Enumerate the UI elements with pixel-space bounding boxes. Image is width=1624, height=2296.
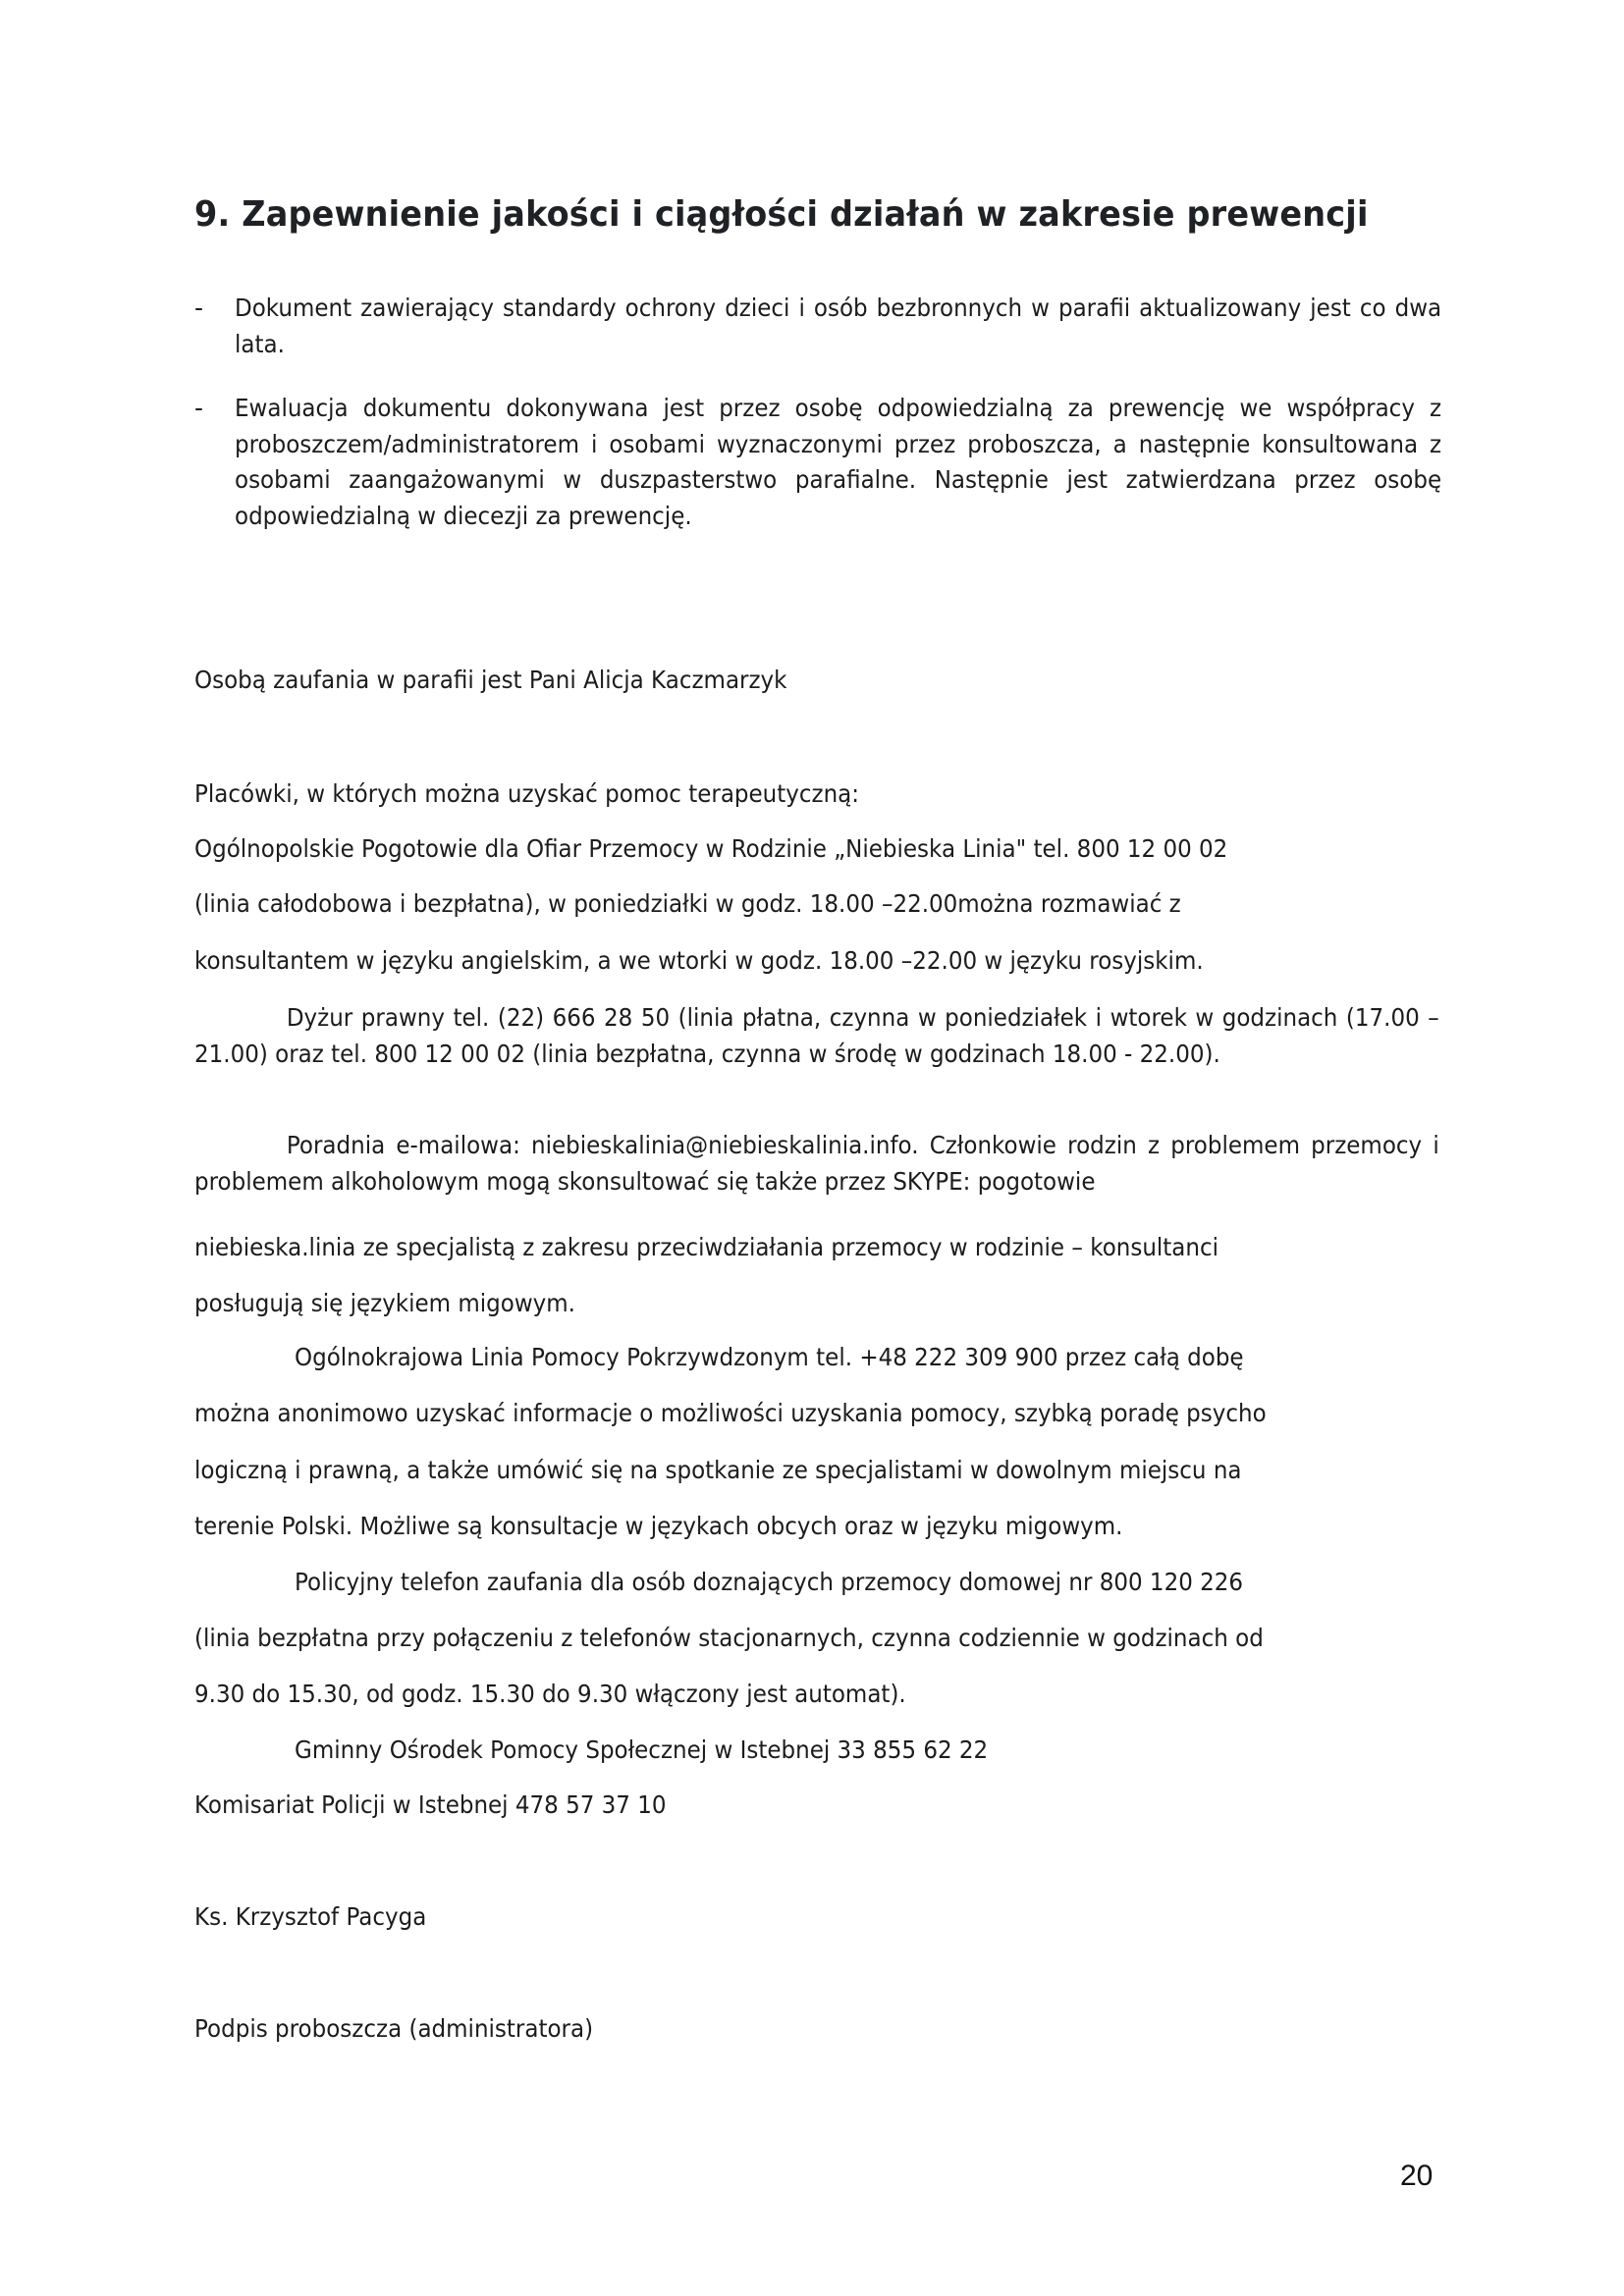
email-counsel-paragraph: Poradnia e-mailowa: niebieskalinia@niebi… — [194, 1127, 1439, 1200]
police-hotline-line-3: 9.30 do 15.30, od godz. 15.30 do 9.30 wł… — [194, 1680, 906, 1708]
email-counsel-line-4: posługują się językiem migowym. — [194, 1289, 575, 1317]
niebieska-linia-line-3: konsultantem w języku angielskim, a we w… — [194, 946, 1204, 975]
police-hotline-line-1: Policyjny telefon zaufania dla osób dozn… — [295, 1568, 1243, 1596]
social-center-contact: Gminny Ośrodek Pomocy Społecznej w Isteb… — [295, 1735, 988, 1764]
victims-line-line-4: terenie Polski. Możliwe są konsultacje w… — [194, 1512, 1122, 1540]
legal-duty-text: Dyżur prawny tel. (22) 666 28 50 (linia … — [194, 999, 1439, 1072]
niebieska-linia-line-2: (linia całodobowa i bezpłatna), w ponied… — [194, 889, 1181, 918]
signature-label: Podpis proboszcza (administratora) — [194, 2014, 593, 2043]
legal-duty-paragraph: Dyżur prawny tel. (22) 666 28 50 (linia … — [194, 999, 1439, 1072]
email-counsel-line-3: niebieska.linia ze specjalistą z zakresu… — [194, 1233, 1218, 1261]
victims-line-line-3: logiczną i prawną, a także umówić się na… — [194, 1456, 1241, 1484]
bullet-text: Ewaluacja dokumentu dokonywana jest prze… — [235, 391, 1441, 534]
email-counsel-text: Poradnia e-mailowa: niebieskalinia@niebi… — [194, 1127, 1439, 1200]
bullet-item-evaluation: - Ewaluacja dokumentu dokonywana jest pr… — [194, 391, 1439, 534]
police-station-contact: Komisariat Policji w Istebnej 478 57 37 … — [194, 1790, 667, 1819]
victims-line-line-1: Ogólnokrajowa Linia Pomocy Pokrzywdzonym… — [295, 1343, 1244, 1371]
section-heading: 9. Zapewnienie jakości i ciągłości dział… — [194, 194, 1369, 235]
priest-name: Ks. Krzysztof Pacyga — [194, 1902, 426, 1931]
bullet-dash: - — [194, 291, 203, 327]
document-page: 9. Zapewnienie jakości i ciągłości dział… — [0, 0, 1624, 2296]
page-number: 20 — [1400, 2160, 1433, 2193]
niebieska-linia-line-1: Ogólnopolskie Pogotowie dla Ofiar Przemo… — [194, 834, 1227, 863]
police-hotline-line-2: (linia bezpłatna przy połączeniu z telef… — [194, 1624, 1264, 1652]
facilities-intro: Placówki, w których można uzyskać pomoc … — [194, 779, 859, 808]
bullet-text: Dokument zawierający standardy ochrony d… — [235, 291, 1441, 362]
trusted-person-statement: Osobą zaufania w parafii jest Pani Alicj… — [194, 666, 787, 694]
victims-line-line-2: można anonimowo uzyskać informacje o moż… — [194, 1399, 1267, 1427]
bullet-dash: - — [194, 391, 203, 427]
bullet-item-update-cycle: - Dokument zawierający standardy ochrony… — [194, 291, 1439, 362]
